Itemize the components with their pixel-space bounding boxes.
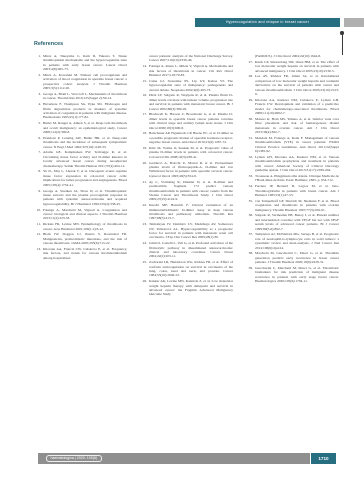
reference-text: Giaccherini C, Marchetti M, Masci G, et … (255, 266, 339, 284)
reference-number: 31. (246, 136, 255, 154)
reference-text: Blom JW, Doggen CJ, Osanto S, Rosendaal … (43, 232, 127, 245)
reference-text: Ferriere JP, Bernard D, Legros M, et al.… (255, 184, 339, 197)
reference-text: Rickles FR, Levine MN. Epidemiology of t… (43, 222, 127, 231)
page-number: 1710 (311, 453, 336, 464)
reference-text: Marchetti M, Giaccherini C, Masci G, et … (255, 251, 339, 264)
reference-text: Salgado R, Vermeulen PB, Benoy I, et al.… (255, 213, 339, 231)
reference-item: 34.Ferriere JP, Bernard D, Legros M, et … (246, 184, 339, 197)
reference-item: 26.Kakkar AK, Levine MN, Kadziola Z, et … (140, 279, 233, 297)
reference-text: George A, Bram L, Worcroft L. Mechanisms… (43, 92, 127, 101)
journal-issue-label: haematologica | 2020; 105(6) (46, 455, 102, 463)
reference-text: Klerk CP, Smorenburg SM, Otten HM, et al… (255, 60, 339, 73)
pin-icon (339, 31, 345, 55)
reference-text: Trousseau A. Phlegmasia alba dolens. Cli… (255, 174, 339, 183)
references-heading: References (34, 41, 63, 47)
reference-item: 9.George A, Streiken JA, Shaw D, et al. … (34, 189, 127, 207)
reference-item: 6.Prandoni P, Lensing AW, Buller HR, et … (34, 136, 127, 149)
reference-item: 4.Haverkate F, Thompson SG, Pyke SD. Fib… (34, 102, 127, 120)
reference-item: 30.Matsuo K, Hom MS, Yabuno A, et al. In… (246, 117, 339, 135)
reference-item: 11.Rickles FR, Levine MN. Epidemiology o… (34, 222, 127, 231)
reference-item: 17.Blackwell K, Haroon Z, Broadwater G, … (140, 112, 233, 130)
reference-text: Falanga A, Russo L, Milesi V, Vignoli A.… (149, 64, 233, 77)
reference-item: 28.Lee AY, Rickles FR, Julian JA, et al.… (246, 74, 339, 96)
reference-text: Butler M, Rangel A, Aitken S, et al. Dee… (43, 121, 127, 134)
reference-number: 4. (34, 102, 43, 120)
reference-number: 20. (140, 161, 149, 179)
reference-text: von Tempelhoff GF, Dietrich M, Niemann F… (255, 199, 339, 212)
reference-item: 16.Dirix LY, Salgado R, Weytjens R, et a… (140, 93, 233, 111)
reference-number: 11. (34, 222, 43, 231)
reference-item: 5.Butler M, Rangel A, Aitken S, et al. D… (34, 121, 127, 134)
reference-item: 25.Zacharski LR, Henderson WG, Rickles F… (140, 260, 233, 278)
reference-number: 33. (246, 174, 255, 183)
reference-number: 15. (140, 79, 149, 92)
reference-number: 22. (140, 203, 149, 221)
reference-text: Lyman GH, Khorana AA, Kuderer NM, et al.… (255, 155, 339, 173)
reference-text: Blackwell K, Haroon Z, Broadwater G, et … (149, 112, 233, 130)
reference-number: 21. (140, 180, 149, 202)
reference-text: Mirza A, Kowalski M. Tumour cell procoag… (43, 73, 127, 91)
reference-item: 13.Khorana AA, Francis CW, Culakova E, e… (34, 247, 127, 260)
reference-number: 23. (140, 222, 149, 240)
reference-number: 29. (246, 98, 255, 116)
reference-number: 18. (140, 131, 149, 144)
reference-text: George A, Streiken JA, Shaw D, et al. Th… (43, 189, 127, 207)
reference-item: 31.Mandala M, Falanga A, Roila F. Manage… (246, 136, 339, 154)
reference-item: 2.Mirza A, Kowalski M. Tumour cell proco… (34, 73, 127, 91)
reference-item: 19.Kilic M, Yoldas O, Keskek M, et al. P… (140, 146, 233, 159)
reference-text: Mandala M, Falanga A, Roila F. Managemen… (255, 136, 339, 154)
reference-number: 14. (140, 64, 149, 77)
reference-item: 3.George A, Bram L, Worcroft L. Mechanis… (34, 92, 127, 101)
reference-number: 13. (34, 247, 43, 260)
reference-text: Haverkate F, Thompson SG, Pyke SD. Fibri… (43, 102, 127, 120)
references-column-1: 1.Mirza A, Takeyama C, Kam D, Yukawa T. … (34, 54, 127, 360)
reference-number: 37. (246, 232, 255, 250)
reference-number: 16. (140, 93, 149, 111)
reference-number: 28. (246, 74, 255, 96)
reference-number: 12. (34, 232, 43, 245)
reference-number: 24. (140, 241, 149, 259)
reference-text: Zacharski LR, Henderson WG, Rickles FR, … (149, 260, 233, 278)
reference-number: 26. (140, 279, 149, 297)
reference-text: Prandoni P, Lensing AW, Buller HR, et al… (43, 136, 127, 149)
reference-text: Falanga A, Marchetti M, Vignoli A. Coagu… (43, 208, 127, 221)
references-column-3: (FAMOUS). J Clin Oncol 2004;22(10):1944-… (246, 54, 339, 360)
reference-item: 32.Lyman GH, Khorana AA, Kuderer NM, et … (246, 155, 339, 173)
reference-text: Gadducci A, Baicchi U, Marrai R, et al. … (149, 161, 233, 179)
reference-item: 35.von Tempelhoff GF, Dietrich M, Nieman… (246, 199, 339, 212)
reference-number: 10. (34, 208, 43, 221)
reference-number: 6. (34, 136, 43, 149)
reference-number: 39. (246, 266, 255, 284)
reference-number: 9. (34, 189, 43, 207)
reference-text: Jamil O, Castelli L, Vali G, et al. Prof… (149, 241, 233, 259)
reference-item: 10.Falanga A, Marchetti M, Vignoli A. Co… (34, 208, 127, 221)
reference-number: 30. (246, 117, 255, 135)
reference-item: 1.Mirza A, Takeyama C, Kam D, Yukawa T. … (34, 54, 127, 72)
reference-item: 14.Falanga A, Russo L, Milesi V, Vignoli… (140, 64, 233, 77)
reference-number: 3. (34, 92, 43, 101)
reference-number: 19. (140, 146, 149, 159)
reference-item: 12.Blom JW, Doggen CJ, Osanto S, Rosenda… (34, 232, 127, 245)
reference-text: Yu JL, May L, Lhotak V, et al. Oncogenic… (43, 169, 127, 187)
reference-item: 15.Caine GJ, Stonelake PS, Lip GY, Kehoe… (140, 79, 233, 92)
reference-number: 27. (246, 60, 255, 73)
reference-item: 23.Tsimafeyeu IV, Demidov LV, Madzhuga A… (140, 222, 233, 240)
reference-number: 5. (34, 121, 43, 134)
reference-item: 21.Ay C, Vormittag R, Dunkler D, et al. … (140, 180, 233, 202)
reference-text: Khorana AA, Francis CW, Culakova E, et a… (43, 247, 127, 260)
reference-number: 7. (34, 150, 43, 168)
reference-item: 29.Khorana AA, Kuderer NM, Culakova E, L… (246, 98, 339, 116)
reference-item: 24.Jamil O, Castelli L, Vali G, et al. P… (140, 241, 233, 259)
reference-text: Knecht MF, Heinrich F. Clinical evaluati… (149, 203, 233, 221)
reference-text: Batschauer AP, Figueiredo CP, Bueno EC, … (149, 131, 233, 144)
reference-number: 2. (34, 73, 43, 91)
reference-number: 38. (246, 251, 255, 264)
reference-item: 37.Templeton AJ, McNamara MG, Seruga B, … (246, 232, 339, 250)
reference-continued: (FAMOUS). J Clin Oncol 2004;22(10):1944-… (246, 54, 339, 58)
reference-continued: cancer patients: analysis of the Nationa… (140, 54, 233, 63)
reference-number: 32. (246, 155, 255, 173)
reference-text: Caine GJ, Stonelake PS, Lip GY, Kehoe ST… (149, 79, 233, 92)
reference-text: Khorana AA, Kuderer NM, Culakova E, Lyma… (255, 98, 339, 116)
reference-number: 17. (140, 112, 149, 130)
reference-text: Matsuo K, Hom MS, Yabuno A, et al. Infer… (255, 117, 339, 135)
banner-edge-tab (344, 18, 364, 27)
reference-text: Mirza A, Takeyama C, Kam D, Yukawa T. Ti… (43, 54, 127, 72)
reference-number: 1. (34, 54, 43, 72)
reference-item: 39.Giaccherini C, Marchetti M, Masci G, … (246, 266, 339, 284)
reference-number: 34. (246, 184, 255, 197)
reference-item: 33.Trousseau A. Phlegmasia alba dolens. … (246, 174, 339, 183)
reference-item: 20.Gadducci A, Baicchi U, Marrai R, et a… (140, 161, 233, 179)
reference-number: 25. (140, 260, 149, 278)
reference-item: 27.Klerk CP, Smorenburg SM, Otten HM, et… (246, 60, 339, 73)
reference-item: 7.Adams GE, Kamphuisen PW, Terbrugge R, … (34, 150, 127, 168)
reference-text: Kilic M, Yoldas O, Keskek M, et al. Prog… (149, 146, 233, 159)
reference-text: Templeton AJ, McNamara MG, Seruga B, et … (255, 232, 339, 250)
reference-text: Adams GE, Kamphuisen PW, Terbrugge R, et… (43, 150, 127, 168)
pin-stem (342, 34, 343, 55)
running-title-banner: Hypercoagulation and relapse in breast c… (195, 18, 340, 27)
reference-text: Ay C, Vormittag R, Dunkler D, et al. D-d… (149, 180, 233, 202)
reference-item: 8.Yu JL, May L, Lhotak V, et al. Oncogen… (34, 169, 127, 187)
references-column-2: cancer patients: analysis of the Nationa… (140, 54, 233, 360)
footer-bar: haematologica | 2020; 105(6) (38, 453, 310, 464)
reference-text: Dirix LY, Salgado R, Weytjens R, et al. … (149, 93, 233, 111)
reference-item: 22.Knecht MF, Heinrich F. Clinical evalu… (140, 203, 233, 221)
reference-number: 35. (246, 199, 255, 212)
reference-item: 18.Batschauer AP, Figueiredo CP, Bueno E… (140, 131, 233, 144)
reference-item: 38.Marchetti M, Giaccherini C, Masci G, … (246, 251, 339, 264)
reference-number: 36. (246, 213, 255, 231)
reference-item: 36.Salgado R, Vermeulen PB, Benoy I, et … (246, 213, 339, 231)
reference-text: Kakkar AK, Levine MN, Kadziola Z, et al.… (149, 279, 233, 297)
reference-text: Tsimafeyeu IV, Demidov LV, Madzhuga AV, … (149, 222, 233, 240)
reference-text: Lee AY, Rickles FR, Julian JA, et al. Ra… (255, 74, 339, 96)
reference-number: 8. (34, 169, 43, 187)
